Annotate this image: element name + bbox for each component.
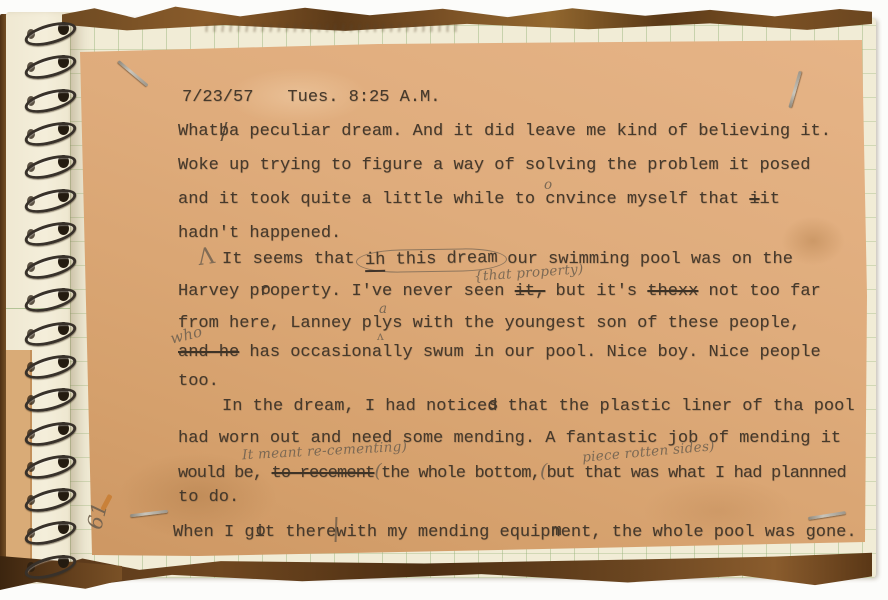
typed-text: t there	[265, 523, 336, 542]
diary-date: 7/23/57	[182, 88, 253, 107]
scrapbook-photo: 7/23/57Tues. 8:25 A.M. Whatba peculiar d…	[0, 0, 888, 600]
spiral-coil	[22, 150, 78, 183]
typed-text: It seems that	[222, 250, 355, 269]
struck-text: it,	[515, 282, 546, 301]
typed-text: that the plastic liner of tha pool	[497, 397, 854, 416]
underlined-typo: ih	[364, 251, 385, 272]
spiral-coil	[22, 383, 78, 416]
typed-line: from here, Lanney plaʌys with the younge…	[178, 314, 800, 333]
typed-text: the whole bottom,	[381, 464, 540, 483]
typed-line: to do.	[178, 488, 239, 507]
spiral-coil	[22, 17, 78, 50]
typed-text: operty. I've never seen	[270, 282, 515, 301]
spiral-coil	[22, 283, 78, 316]
struck-text: and he	[178, 343, 239, 362]
pencil-inserted-o: o	[544, 177, 552, 193]
typed-text: nvince myself that	[555, 190, 749, 209]
spiral-coil	[22, 317, 78, 350]
typed-text: would be,	[178, 464, 272, 483]
pencil-paren: (	[374, 460, 381, 482]
typed-text: this dream	[385, 249, 498, 270]
typed-line: hadn't happened.	[178, 224, 341, 243]
spiral-coil	[22, 117, 78, 150]
typed-line: Whatba peculiar dream. And it did leave …	[178, 122, 831, 141]
pencil-paren: (	[540, 460, 547, 482]
pencil-caret: ʌ	[377, 329, 384, 343]
typed-line: too.	[178, 372, 219, 391]
typed-text: In the dream, I had notice	[222, 397, 487, 416]
spiral-coil	[22, 184, 78, 217]
typed-text: it	[760, 190, 780, 209]
typed-text: hadn't happened.	[178, 224, 341, 243]
typed-text: ys with the youngest son of these people…	[382, 314, 800, 333]
spiral-coil	[22, 516, 78, 549]
typed-text: What	[178, 122, 219, 141]
spiral-coil	[22, 450, 78, 483]
overtyped-letter: o	[256, 522, 266, 541]
typed-line: would be, to recementIt meant re-cementi…	[178, 460, 846, 483]
typed-text: and it took quite a little while to c	[178, 190, 555, 209]
overtyped-letter: s	[488, 396, 498, 415]
overtyped-letter: m	[552, 522, 562, 541]
spiral-coil	[22, 84, 78, 117]
spiral-coil	[22, 250, 78, 283]
typed-line: Harvey poroperty. I've never seen it,{th…	[178, 282, 821, 301]
typed-text: not too far	[698, 282, 820, 301]
spiral-binding	[18, 22, 88, 582]
typed-text: Woke up trying to figure a way of solvin…	[178, 156, 811, 175]
typed-text: When I g	[173, 523, 255, 542]
spiral-coil	[22, 417, 78, 450]
typed-text: Harvey p	[178, 282, 260, 301]
spiral-coil	[22, 550, 78, 583]
typed-line: Woke up trying to figure a way of solvin…	[178, 156, 811, 175]
pencil-caret-mark: Λ	[196, 243, 216, 271]
typed-text: too.	[178, 372, 219, 391]
typed-text: but that was what I had plannned	[547, 464, 846, 483]
diary-daytime: Tues. 8:25 A.M.	[287, 88, 440, 107]
pencil-inserted-a: a	[379, 301, 387, 317]
struck-text: to recement	[272, 464, 375, 483]
typed-line: When I goit therewith my mending equipmn…	[173, 519, 857, 544]
typed-text: a peculiar dream. And it did leave me ki…	[229, 122, 831, 141]
pencil-slashed-letter: b	[219, 122, 229, 141]
typed-text: with my mending equip	[336, 523, 550, 542]
typed-line: and hewho has occasionally swum in our p…	[178, 343, 821, 362]
typed-line: In the dream, I had noticesd that the pl…	[222, 397, 855, 416]
typed-text: has occasionally swum in our pool. Nice …	[239, 343, 821, 362]
spiral-coil	[22, 483, 78, 516]
diary-date-line: 7/23/57Tues. 8:25 A.M.	[182, 88, 440, 107]
overtyped-letter: o	[261, 281, 271, 300]
typed-line: and it took quite a little while to conv…	[178, 190, 780, 209]
struck-text: i	[749, 190, 759, 209]
spiral-coil	[22, 50, 78, 83]
typed-text: ent, the whole pool was gone.	[561, 523, 857, 542]
struck-text: thexx	[647, 282, 698, 301]
spiral-coil	[22, 350, 78, 383]
typed-text: to do.	[178, 488, 239, 507]
typed-text: from here, Lanney pl	[178, 314, 382, 333]
typed-text: but it's	[545, 282, 647, 301]
spiral-coil	[22, 217, 78, 250]
typed-text-layer: 7/23/57Tues. 8:25 A.M. Whatba peculiar d…	[0, 0, 888, 600]
